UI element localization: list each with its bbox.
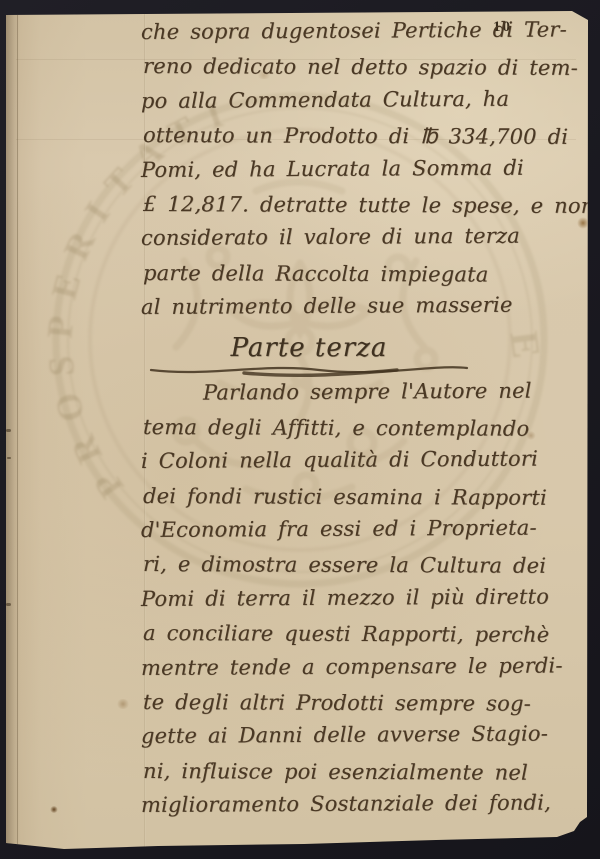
section-heading: Parte terza bbox=[141, 333, 477, 363]
handwritten-text-block: che sopra dugentosei Pertiche di Ter-ren… bbox=[141, 20, 589, 828]
foxing-spot bbox=[50, 806, 58, 813]
manuscript-line: che sopra dugentosei Pertiche di Ter- bbox=[141, 17, 589, 54]
manuscript-line: al nutrimento delle sue masserie bbox=[141, 292, 589, 329]
manuscript-line: a conciliare questi Rapporti, perchè bbox=[143, 621, 591, 657]
manuscript-line: parte della Raccolta impiegata bbox=[143, 261, 591, 297]
paragraph-two: Parlando sempre l'Autore neltema degli A… bbox=[141, 381, 589, 828]
manuscript-line: d'Economia fra essi ed i Proprieta- bbox=[141, 515, 589, 552]
paragraph-one: che sopra dugentosei Pertiche di Ter-ren… bbox=[141, 20, 589, 330]
margin-ink-mark bbox=[6, 603, 11, 606]
manuscript-line: miglioramento Sostanziale dei fondi, bbox=[141, 790, 589, 827]
manuscript-line: Parlando sempre l'Autore nel bbox=[141, 378, 589, 415]
manuscript-line: i Coloni nella qualità di Conduttori bbox=[141, 447, 589, 484]
foxing-spot bbox=[116, 699, 130, 709]
calligraphic-flourish bbox=[149, 361, 469, 379]
manuscript-line: ottenuto un Prodotto di ℔ 334,700 di bbox=[143, 123, 591, 159]
margin-ink-mark bbox=[7, 457, 11, 459]
manuscript-line: po alla Commendata Cultura, ha bbox=[141, 86, 589, 123]
section-heading-wrap: Parte terza bbox=[141, 333, 477, 379]
manuscript-paper: PROSPERITATI E 10 che sopra dugentosei P… bbox=[6, 11, 588, 849]
manuscript-line: mentre tende a compensare le perdi- bbox=[141, 653, 589, 690]
margin-ink-mark bbox=[6, 429, 11, 432]
scan-background: PROSPERITATI E 10 che sopra dugentosei P… bbox=[0, 0, 600, 859]
page-edge-line bbox=[17, 11, 18, 849]
manuscript-line: Pomi di terra il mezzo il più diretto bbox=[141, 584, 589, 621]
manuscript-line: reno dedicato nel detto spazio di tem- bbox=[143, 54, 591, 90]
manuscript-line: dei fondi rustici esamina i Rapporti bbox=[143, 484, 591, 520]
manuscript-line: ri, e dimostra essere la Cultura dei bbox=[143, 552, 591, 588]
manuscript-line: Pomi, ed ha Lucrata la Somma di bbox=[141, 155, 589, 192]
manuscript-line: gette ai Danni delle avverse Stagio- bbox=[141, 722, 589, 759]
manuscript-line: considerato il valore di una terza bbox=[141, 224, 589, 261]
